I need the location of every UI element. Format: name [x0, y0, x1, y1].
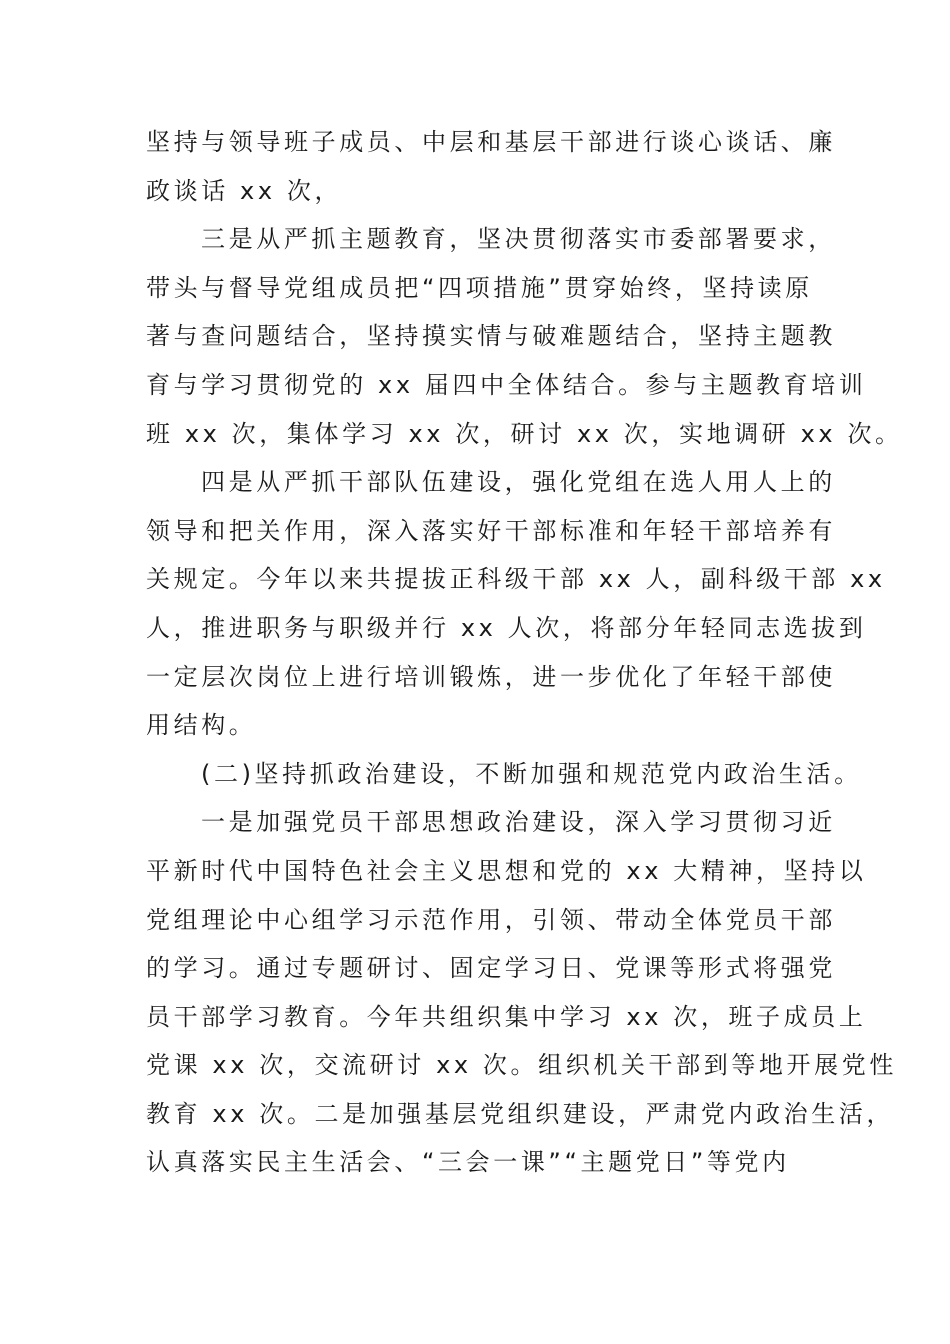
text-line: 坚持与领导班子成员、中层和基层干部进行谈心谈话、廉	[146, 118, 810, 167]
document-page: 坚持与领导班子成员、中层和基层干部进行谈心谈话、廉 政谈话 xx 次， 三是从严…	[146, 118, 810, 1187]
text-line: 党课 xx 次，交流研讨 xx 次。组织机关干部到等地开展党性	[146, 1041, 810, 1090]
text-line: 政谈话 xx 次，	[146, 167, 810, 216]
text-line: 班 xx 次，集体学习 xx 次，研讨 xx 次，实地调研 xx 次。	[146, 410, 810, 459]
paragraph-start-line: 一是加强党员干部思想政治建设，深入学习贯彻习近	[146, 798, 810, 847]
text-line: 领导和把关作用，深入落实好干部标准和年轻干部培养有	[146, 507, 810, 556]
text-line: 人，推进职务与职级并行 xx 人次，将部分年轻同志选拔到	[146, 604, 810, 653]
text-line: 著与查问题结合，坚持摸实情与破难题结合，坚持主题教	[146, 312, 810, 361]
paragraph-start-line: 三是从严抓主题教育，坚决贯彻落实市委部署要求，	[146, 215, 810, 264]
text-line: 教育 xx 次。二是加强基层党组织建设，严肃党内政治生活，	[146, 1090, 810, 1139]
text-line: 党组理论中心组学习示范作用，引领、带动全体党员干部	[146, 896, 810, 945]
text-line: 带头与督导党组成员把“四项措施”贯穿始终，坚持读原	[146, 264, 810, 313]
text-line: 认真落实民主生活会、“三会一课”“主题党日”等党内	[146, 1138, 810, 1187]
paragraph-start-line: 四是从严抓干部队伍建设，强化党组在选人用人上的	[146, 458, 810, 507]
text-line: 用结构。	[146, 701, 810, 750]
section-heading: (二)坚持抓政治建设，不断加强和规范党内政治生活。	[146, 750, 810, 799]
text-line: 关规定。今年以来共提拔正科级干部 xx 人，副科级干部 xx	[146, 555, 810, 604]
text-line: 一定层次岗位上进行培训锻炼，进一步优化了年轻干部使	[146, 653, 810, 702]
text-line: 育与学习贯彻党的 xx 届四中全体结合。参与主题教育培训	[146, 361, 810, 410]
text-line: 的学习。通过专题研讨、固定学习日、党课等形式将强党	[146, 944, 810, 993]
text-line: 平新时代中国特色社会主义思想和党的 xx 大精神，坚持以	[146, 847, 810, 896]
text-line: 员干部学习教育。今年共组织集中学习 xx 次，班子成员上	[146, 993, 810, 1042]
